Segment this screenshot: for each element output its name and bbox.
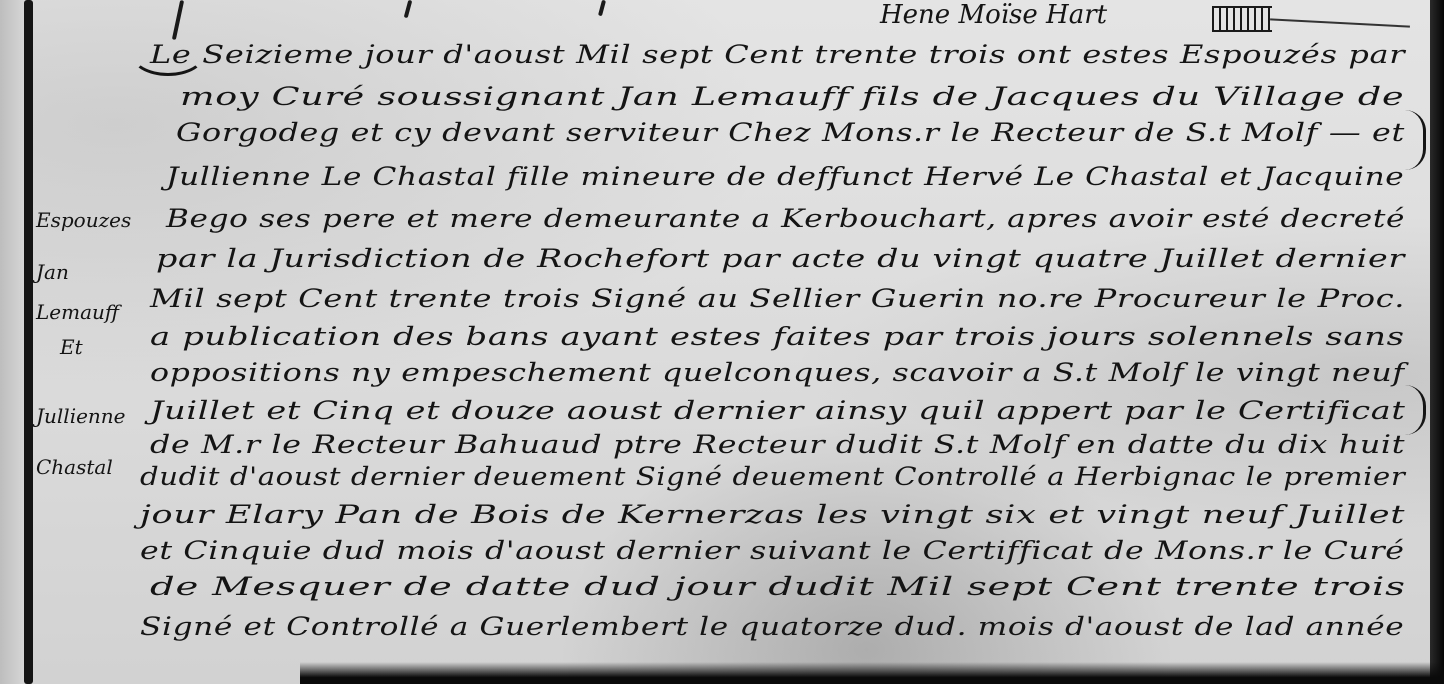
header-name-note: Hene Moïse Hart bbox=[880, 0, 1107, 30]
margin-note-et: Et bbox=[60, 335, 83, 359]
record-line-12: dudit d'aoust dernier deuement Signé deu… bbox=[140, 462, 1405, 491]
margin-note-groom-surname: Lemauff bbox=[36, 300, 119, 324]
margin-note-bride-surname: Chastal bbox=[36, 455, 113, 479]
record-line-11: de M.r le Recteur Bahuaud ptre Recteur d… bbox=[150, 430, 1405, 459]
record-line-15: de Mesquer de datte dud jour dudit Mil s… bbox=[150, 572, 1406, 601]
record-line-3: Gorgodeg et cy devant serviteur Chez Mon… bbox=[176, 118, 1405, 147]
record-line-5: Bego ses pere et mere demeurante a Kerbo… bbox=[166, 204, 1405, 233]
struck-out-text bbox=[1212, 6, 1272, 32]
margin-rule-line bbox=[24, 0, 33, 684]
descender-stroke bbox=[404, 0, 413, 18]
record-line-6: par la Jurisdiction de Rochefort par act… bbox=[156, 244, 1405, 273]
record-line-4: Jullienne Le Chastal fille mineure de de… bbox=[166, 162, 1404, 191]
margin-note-bride-first-name: Jullienne bbox=[36, 404, 126, 428]
margin-note-groom-first-name: Jan bbox=[36, 260, 69, 284]
header-underline bbox=[1270, 18, 1410, 27]
right-margin-bracket bbox=[1405, 110, 1426, 170]
record-line-10: Juillet et Cinq et douze aoust dernier a… bbox=[150, 396, 1406, 425]
record-line-14: et Cinquie dud mois d'aoust dernier suiv… bbox=[140, 536, 1405, 565]
record-line-9: oppositions ny empeschement quelconques,… bbox=[150, 358, 1405, 387]
page-bottom-edge-shadow bbox=[300, 662, 1444, 684]
initial-flourish bbox=[130, 30, 206, 76]
record-line-13: jour Elary Pan de Bois de Kernerzas les … bbox=[140, 500, 1405, 529]
record-line-16: Signé et Controllé a Guerlembert le quat… bbox=[140, 612, 1404, 641]
page-right-edge-shadow bbox=[1430, 0, 1444, 684]
right-margin-bracket bbox=[1405, 385, 1426, 435]
record-line-1: Le Seizieme jour d'aoust Mil sept Cent t… bbox=[150, 40, 1405, 69]
previous-page-edge bbox=[0, 0, 24, 684]
margin-note-espouzes: Espouzes bbox=[36, 208, 131, 232]
record-line-7: Mil sept Cent trente trois Signé au Sell… bbox=[150, 284, 1405, 313]
record-line-2: moy Curé soussignant Jan Lemauff fils de… bbox=[180, 82, 1404, 111]
record-line-8: a publication des bans ayant estes faite… bbox=[150, 322, 1405, 351]
manuscript-page: Hene Moïse Hart Espouzes Jan Lemauff Et … bbox=[0, 0, 1444, 684]
descender-stroke bbox=[598, 0, 606, 16]
